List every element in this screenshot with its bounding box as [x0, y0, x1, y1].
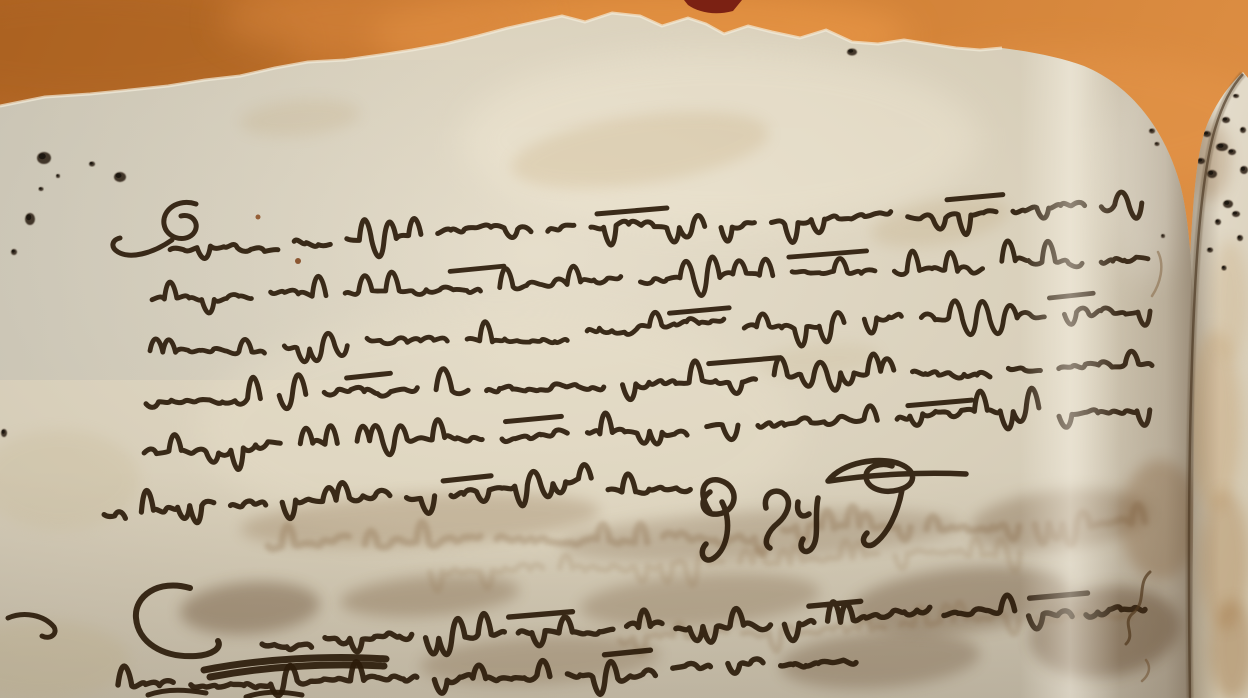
- wormhole-core: [1223, 118, 1227, 121]
- wormhole-core: [12, 250, 15, 253]
- wormhole-core: [26, 214, 31, 220]
- screenshot-root: [0, 0, 1248, 698]
- wormhole-core: [116, 173, 122, 178]
- stain: [1212, 240, 1248, 360]
- wormhole-core: [39, 153, 46, 159]
- wormhole-core: [848, 49, 853, 53]
- wormhole-core: [1233, 212, 1237, 215]
- wormhole-core: [1224, 201, 1229, 205]
- wormhole-core: [1208, 248, 1211, 251]
- wormhole-core: [39, 187, 42, 189]
- wormhole-core: [1241, 167, 1245, 171]
- wormhole-core: [1218, 144, 1224, 148]
- wormhole-core: [1216, 220, 1219, 223]
- wormhole-core: [1204, 132, 1208, 135]
- wormhole-core: [1229, 150, 1233, 153]
- wormhole-core: [1241, 128, 1244, 131]
- wormhole-core: [1234, 94, 1237, 96]
- wormhole-core: [57, 174, 59, 176]
- gutter-highlight: [1020, 40, 1120, 698]
- rust-speck: [256, 215, 261, 220]
- wormhole-core: [1198, 159, 1202, 162]
- wormhole-core: [1238, 236, 1241, 239]
- wormhole-core: [2, 430, 5, 434]
- wormhole-core: [90, 162, 93, 165]
- rust-speck: [295, 258, 301, 264]
- manuscript-page: [0, 0, 1200, 698]
- manuscript-photo: [0, 0, 1248, 698]
- wormhole-core: [1222, 266, 1225, 269]
